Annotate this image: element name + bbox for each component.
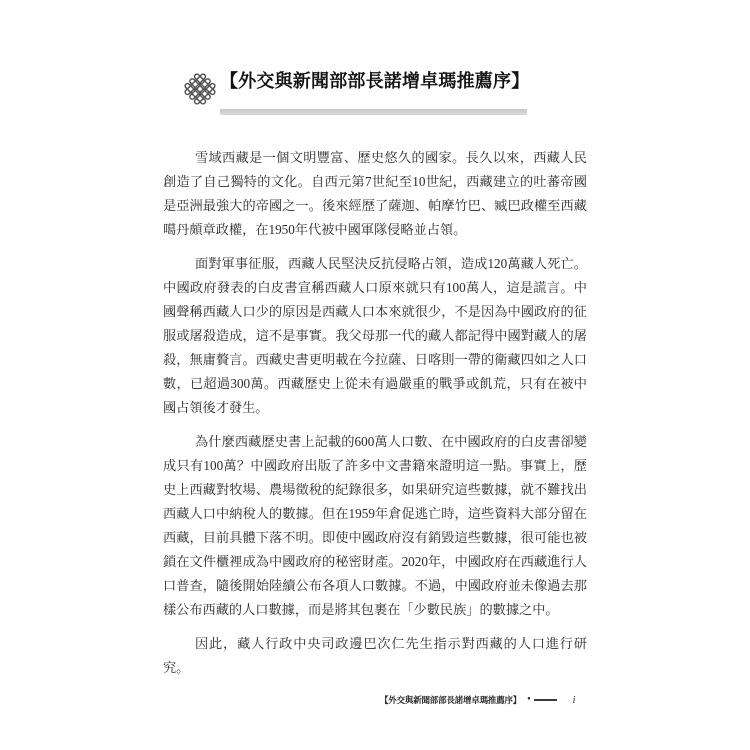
paragraph-1: 雪域西藏是一個文明豐富、歷史悠久的國家。長久以來，西藏人民創造了自己獨特的文化。… bbox=[163, 146, 587, 242]
title-underline-bar bbox=[220, 109, 527, 115]
chapter-title: 【外交與新聞部部長諾增卓瑪推薦序】 bbox=[220, 67, 540, 93]
footer-bullet-icon: • bbox=[527, 695, 531, 705]
book-page: 【外交與新聞部部長諾增卓瑪推薦序】 雪域西藏是一個文明豐富、歷史悠久的國家。長久… bbox=[0, 0, 750, 750]
footer-chapter-label: 【外交與新聞部部長諾增卓瑪推薦序】 bbox=[380, 694, 521, 706]
footer-dash-divider bbox=[534, 699, 557, 701]
page-number: i bbox=[573, 695, 576, 706]
body-text: 雪域西藏是一個文明豐富、歷史悠久的國家。長久以來，西藏人民創造了自己獨特的文化。… bbox=[163, 146, 587, 690]
page-footer: 【外交與新聞部部長諾增卓瑪推薦序】 • i bbox=[380, 692, 590, 708]
paragraph-2: 面對軍事征服，西藏人民堅決反抗侵略占領，造成120萬藏人死亡。中國政府發表的白皮… bbox=[163, 252, 587, 420]
paragraph-4: 因此，藏人行政中央司政邊巴次仁先生指示對西藏的人口進行研究。 bbox=[163, 632, 587, 680]
endless-knot-icon bbox=[179, 68, 221, 110]
paragraph-3: 為什麼西藏歷史書上記載的600萬人口數、在中國政府的白皮書卻變成只有100萬？中… bbox=[163, 430, 587, 622]
